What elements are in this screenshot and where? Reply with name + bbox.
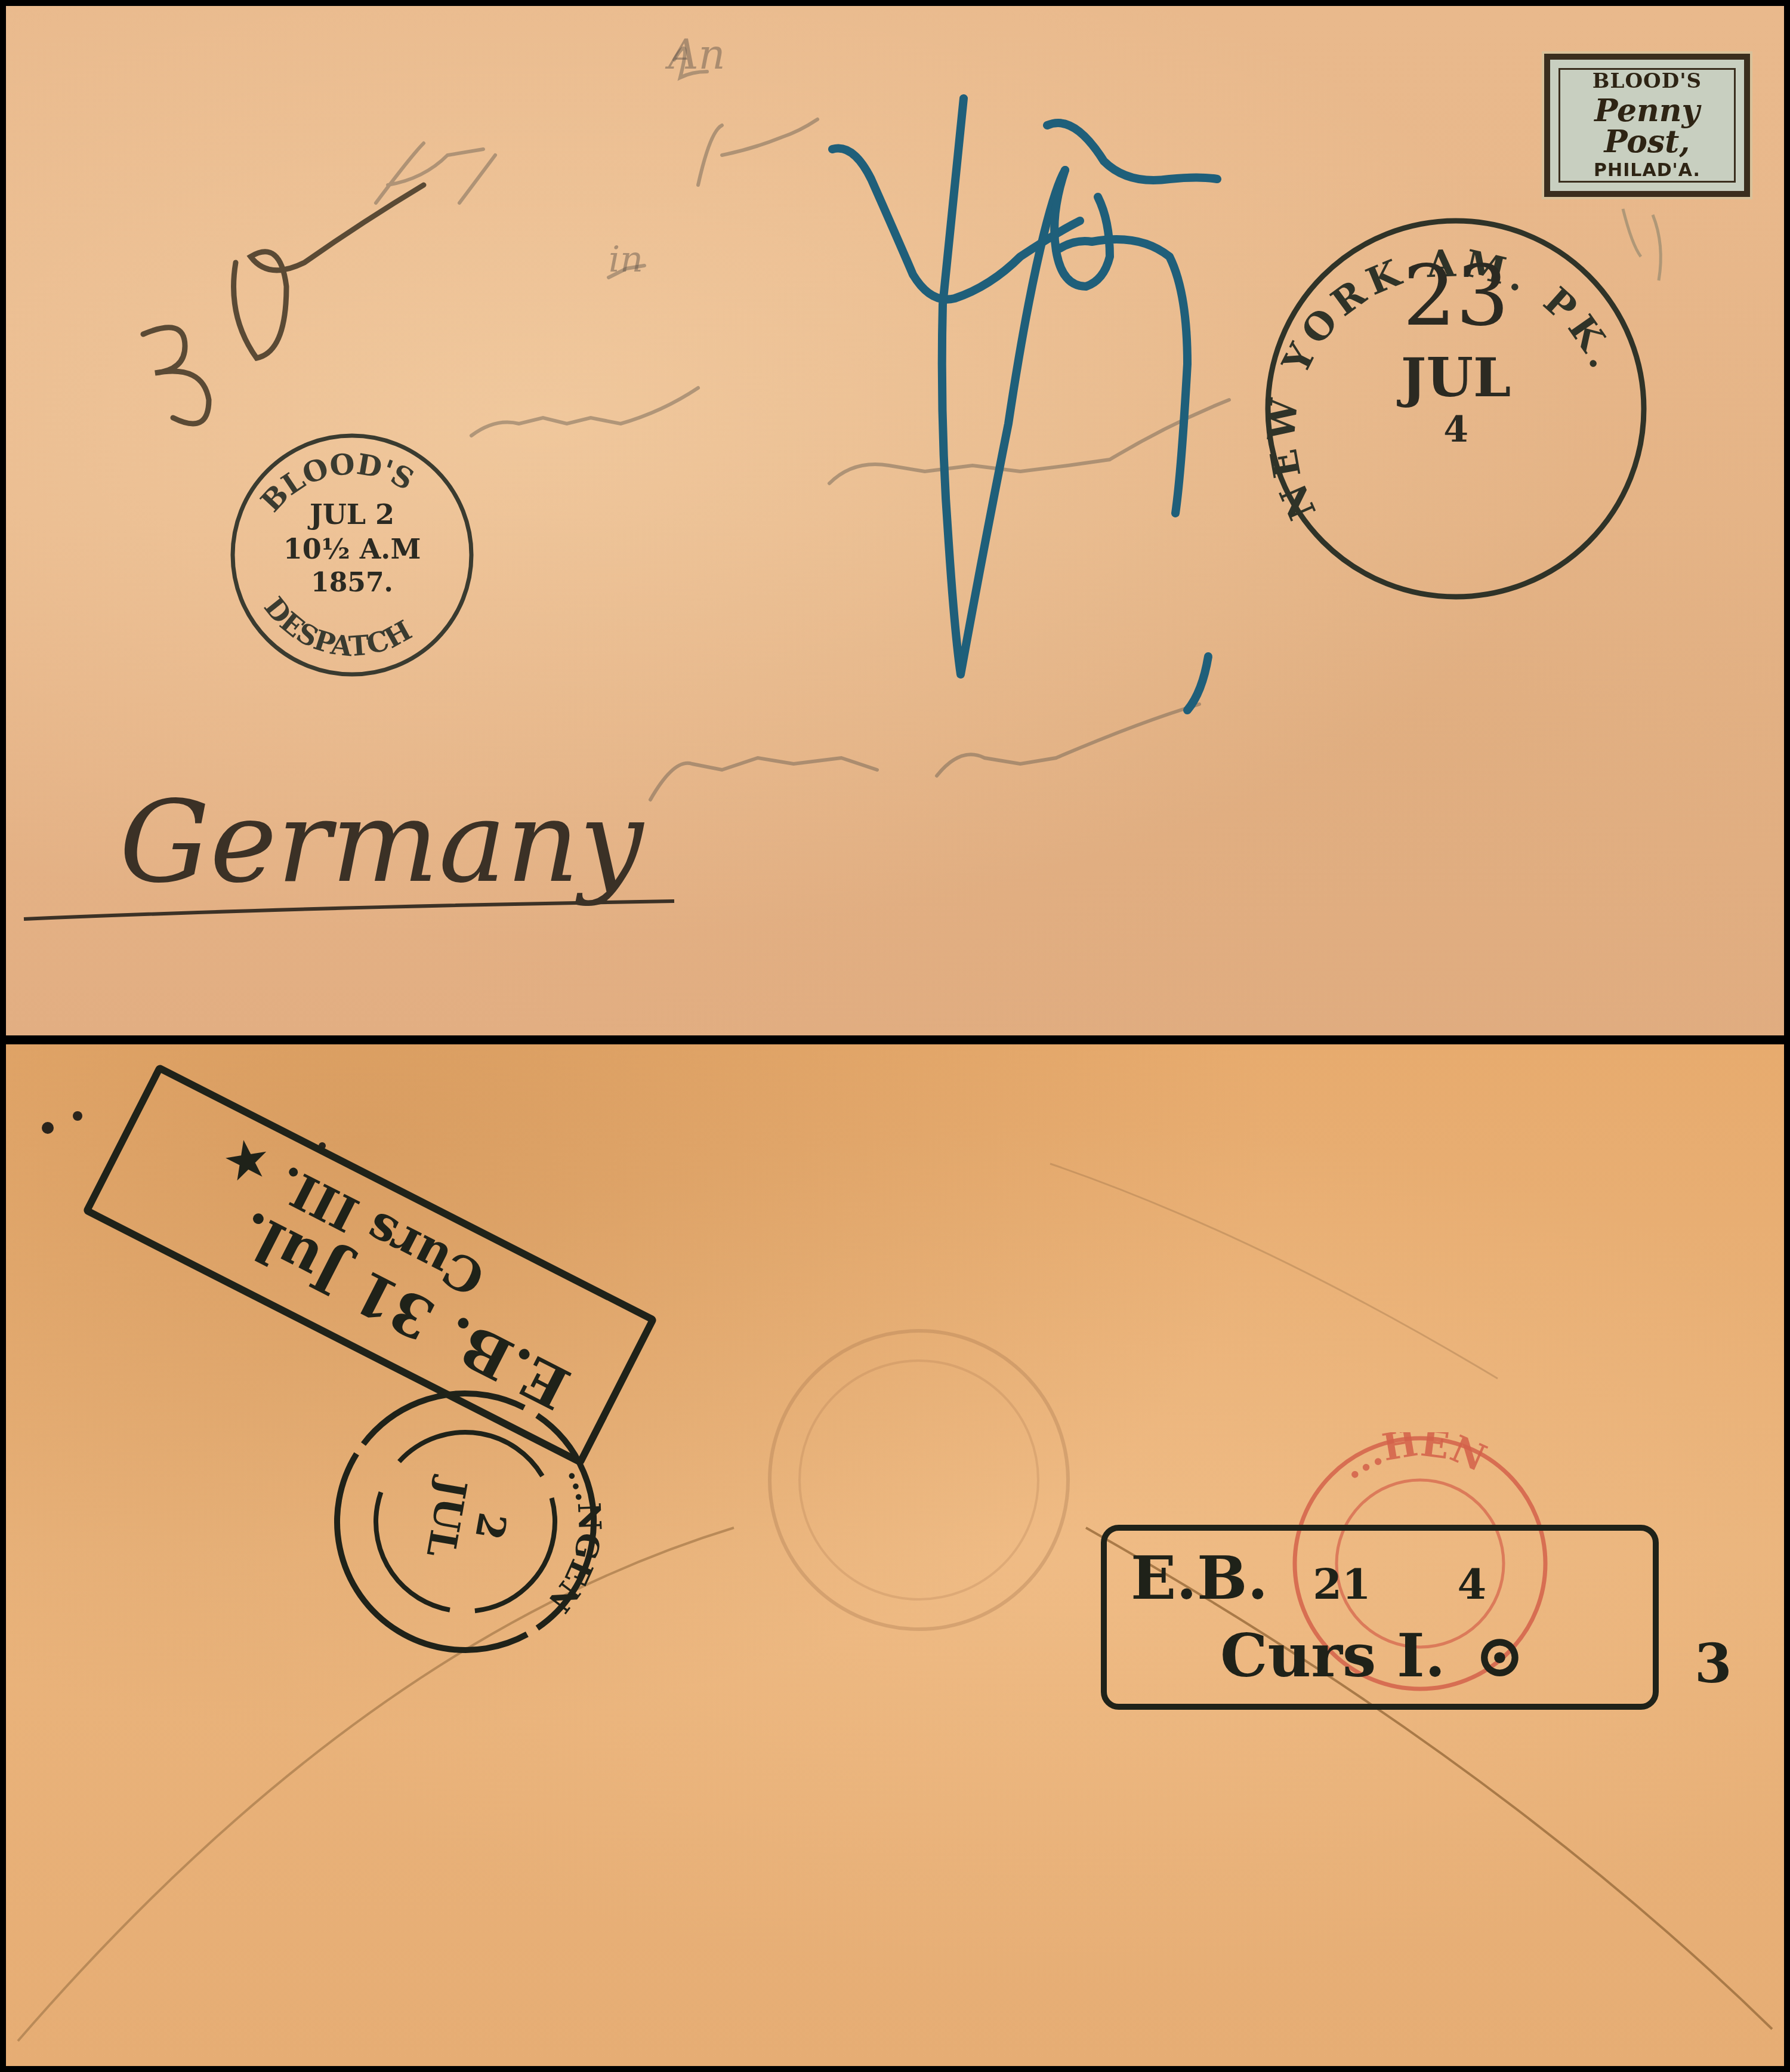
flap-top-crease [1050,1164,1498,1379]
stamp-inner-frame [1558,68,1736,183]
railway-box-prefix: E.B. [1131,1543,1268,1613]
ny-day: 23 [1259,248,1653,345]
docket-mark: 3 [1695,1632,1732,1695]
bloods-penny-post-stamp: BLOOD'S Penny Post, PHILAD'A. [1544,54,1750,197]
despatch-month-day: JUL 2 [224,498,480,531]
wax-seal-ring [770,1331,1068,1629]
cover-front: BLOOD'S Penny Post, PHILAD'A. NEW YORK A… [6,6,1784,1035]
new-york-postmark: NEW YORK AM. PK. 23 JUL 4 [1259,212,1653,606]
address-line-3: in [609,239,643,280]
railway-box-line-1: E.B. 21 4 [1131,1543,1486,1613]
railway-box-day: 21 [1313,1559,1371,1609]
despatch-time: 10½ A.M [224,533,480,565]
ny-rate: 4 [1259,409,1653,451]
bloods-despatch-postmark: BLOOD'S DESPATCH JUL 2 10½ A.M 1857. [224,427,480,683]
railway-box-month: 4 [1457,1559,1486,1609]
ny-month: JUL [1259,346,1653,409]
despatch-year: 1857. [224,568,480,598]
address-line-1: An [668,30,726,79]
railway-box: E.B. 21 4 Curs I. ⊙ [1101,1525,1659,1710]
cover-back: E.B. 31 Jul. Curs III. ★ ...NGEN 2 JUL .… [6,1044,1784,2066]
railway-box-curs: Curs I. [1220,1620,1446,1691]
double-circle-datestamp: ...NGEN 2 JUL [307,1363,625,1681]
railway-box-symbol: ⊙ [1475,1620,1525,1691]
manuscript-rate-30 [143,185,424,424]
crayon-rate-45 [832,98,1217,710]
destination-germany: Germany [119,776,643,908]
railway-box-line-2: Curs I. ⊙ [1220,1620,1524,1691]
